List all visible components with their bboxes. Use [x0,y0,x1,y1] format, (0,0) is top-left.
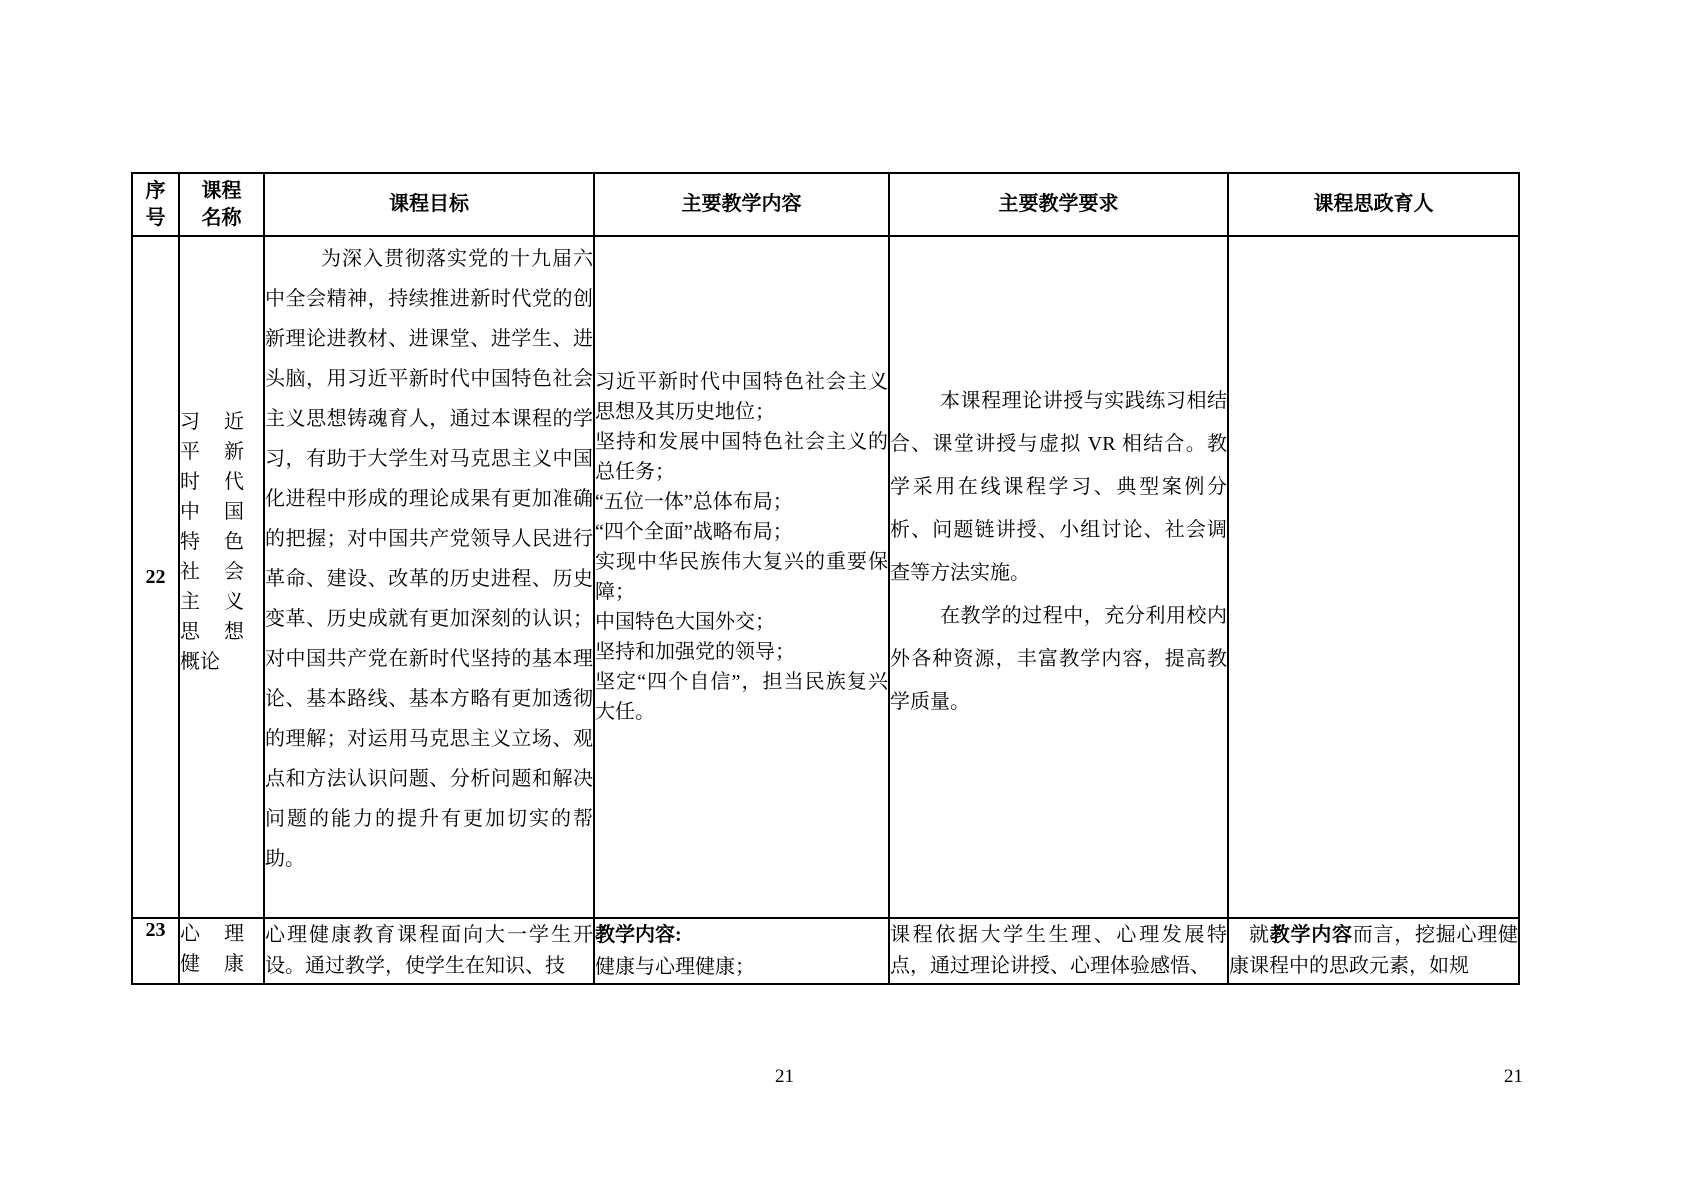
cell-requirement-course23: 课程依据大学生生理、心理发展特点，通过理论讲授、心理体验感悟、 [889,918,1228,984]
header-label-no: 序号 [144,178,167,232]
content-list-course23: 健康与心理健康； [595,952,888,983]
course-name-line: 心理 [180,919,263,949]
course-name-line: 概论 [180,647,263,677]
course-name-line: 思想 [180,617,263,647]
course-table: 序号 课程名称 课程目标 主要教学内容 主要教学要求 课程思政育人 22 习近平… [131,172,1520,985]
requirement-block-course22: 本课程理论讲授与实践练习相结合、课堂讲授与虚拟 VR 相结合。教学采用在线课程学… [890,380,1227,724]
course-name-line: 特色 [180,527,263,557]
header-cell-requirement: 主要教学要求 [889,173,1228,236]
content-item: 健康与心理健康； [595,952,888,983]
content-item: “五位一体”总体布局； [595,487,888,517]
header-cell-no: 序号 [132,173,179,236]
course-name-line: 平新 [180,437,263,467]
ideology-text-bold: 教学内容 [1270,924,1353,946]
requirement-paragraph: 本课程理论讲授与实践练习相结合、课堂讲授与虚拟 VR 相结合。教学采用在线课程学… [890,380,1227,595]
content-item: 中国特色大国外交； [595,607,888,637]
cell-name-course23: 心理健康 [179,918,264,984]
content-item: 坚持和发展中国特色社会主义的总任务； [595,427,888,487]
course-name-line: 中国 [180,497,263,527]
content-item: 实现中华民族伟大复兴的重要保障； [595,547,888,607]
page-number-right: 21 [1504,1066,1523,1088]
content-item: 坚定“四个自信”，担当民族复兴大任。 [595,667,888,727]
cell-content-course23: 教学内容: 健康与心理健康； [594,918,889,984]
content-item: “四个全面”战略布局； [595,517,888,547]
course-name-line: 习近 [180,407,263,437]
header-cell-ideology: 课程思政育人 [1228,173,1519,236]
content-list-course22: 习近平新时代中国特色社会主义思想及其历史地位；坚持和发展中国特色社会主义的总任务… [595,367,888,727]
document-page: 序号 课程名称 课程目标 主要教学内容 主要教学要求 课程思政育人 22 习近平… [0,0,1684,1191]
cell-content-course22: 习近平新时代中国特色社会主义思想及其历史地位；坚持和发展中国特色社会主义的总任务… [594,236,889,918]
cell-no-course23: 23 [132,918,179,984]
requirement-paragraph: 在教学的过程中，充分利用校内外各种资源，丰富教学内容，提高教学质量。 [890,595,1227,724]
cell-ideology-course23: 就教学内容而言，挖掘心理健康课程中的思政元素，如规 [1228,918,1519,984]
cell-ideology-course22 [1228,236,1519,918]
header-row: 序号 课程名称 课程目标 主要教学内容 主要教学要求 课程思政育人 [132,173,1519,236]
header-cell-name: 课程名称 [179,173,264,236]
cell-objective-course23: 心理健康教育课程面向大一学生开设。通过教学，使学生在知识、技 [264,918,594,984]
table-row-course23: 23 心理健康 心理健康教育课程面向大一学生开设。通过教学，使学生在知识、技 教… [132,918,1519,984]
cell-no-course22: 22 [132,236,179,918]
header-cell-content: 主要教学内容 [594,173,889,236]
cell-name-course22: 习近平新时代中国特色社会主义思想概论 [179,236,264,918]
header-label-name: 课程名称 [199,178,245,232]
course-name-course22: 习近平新时代中国特色社会主义思想概论 [180,407,263,677]
content-heading-course23: 教学内容: [595,920,888,951]
requirement-paragraph-course23: 课程依据大学生生理、心理发展特点，通过理论讲授、心理体验感悟、 [890,920,1227,982]
course-name-line: 时代 [180,467,263,497]
course-name-line: 健康 [180,949,263,979]
objective-paragraph-course22: 为深入贯彻落实党的十九届六中全会精神，持续推进新时代党的创新理论进教材、进课堂、… [265,239,593,879]
course-name-line: 主义 [180,587,263,617]
table-row-course22: 22 习近平新时代中国特色社会主义思想概论 为深入贯彻落实党的十九届六中全会精神… [132,236,1519,918]
cell-requirement-course22: 本课程理论讲授与实践练习相结合、课堂讲授与虚拟 VR 相结合。教学采用在线课程学… [889,236,1228,918]
page-number-left: 21 [775,1066,794,1088]
course-name-course23: 心理健康 [180,919,263,979]
objective-paragraph-course23: 心理健康教育课程面向大一学生开设。通过教学，使学生在知识、技 [265,920,593,982]
ideology-paragraph-course23: 就教学内容而言，挖掘心理健康课程中的思政元素，如规 [1229,920,1518,982]
content-item: 习近平新时代中国特色社会主义思想及其历史地位； [595,367,888,427]
content-item: 坚持和加强党的领导； [595,637,888,667]
course-name-line: 社会 [180,557,263,587]
ideology-text-prefix: 就 [1249,924,1270,946]
cell-objective-course22: 为深入贯彻落实党的十九届六中全会精神，持续推进新时代党的创新理论进教材、进课堂、… [264,236,594,918]
header-cell-objective: 课程目标 [264,173,594,236]
